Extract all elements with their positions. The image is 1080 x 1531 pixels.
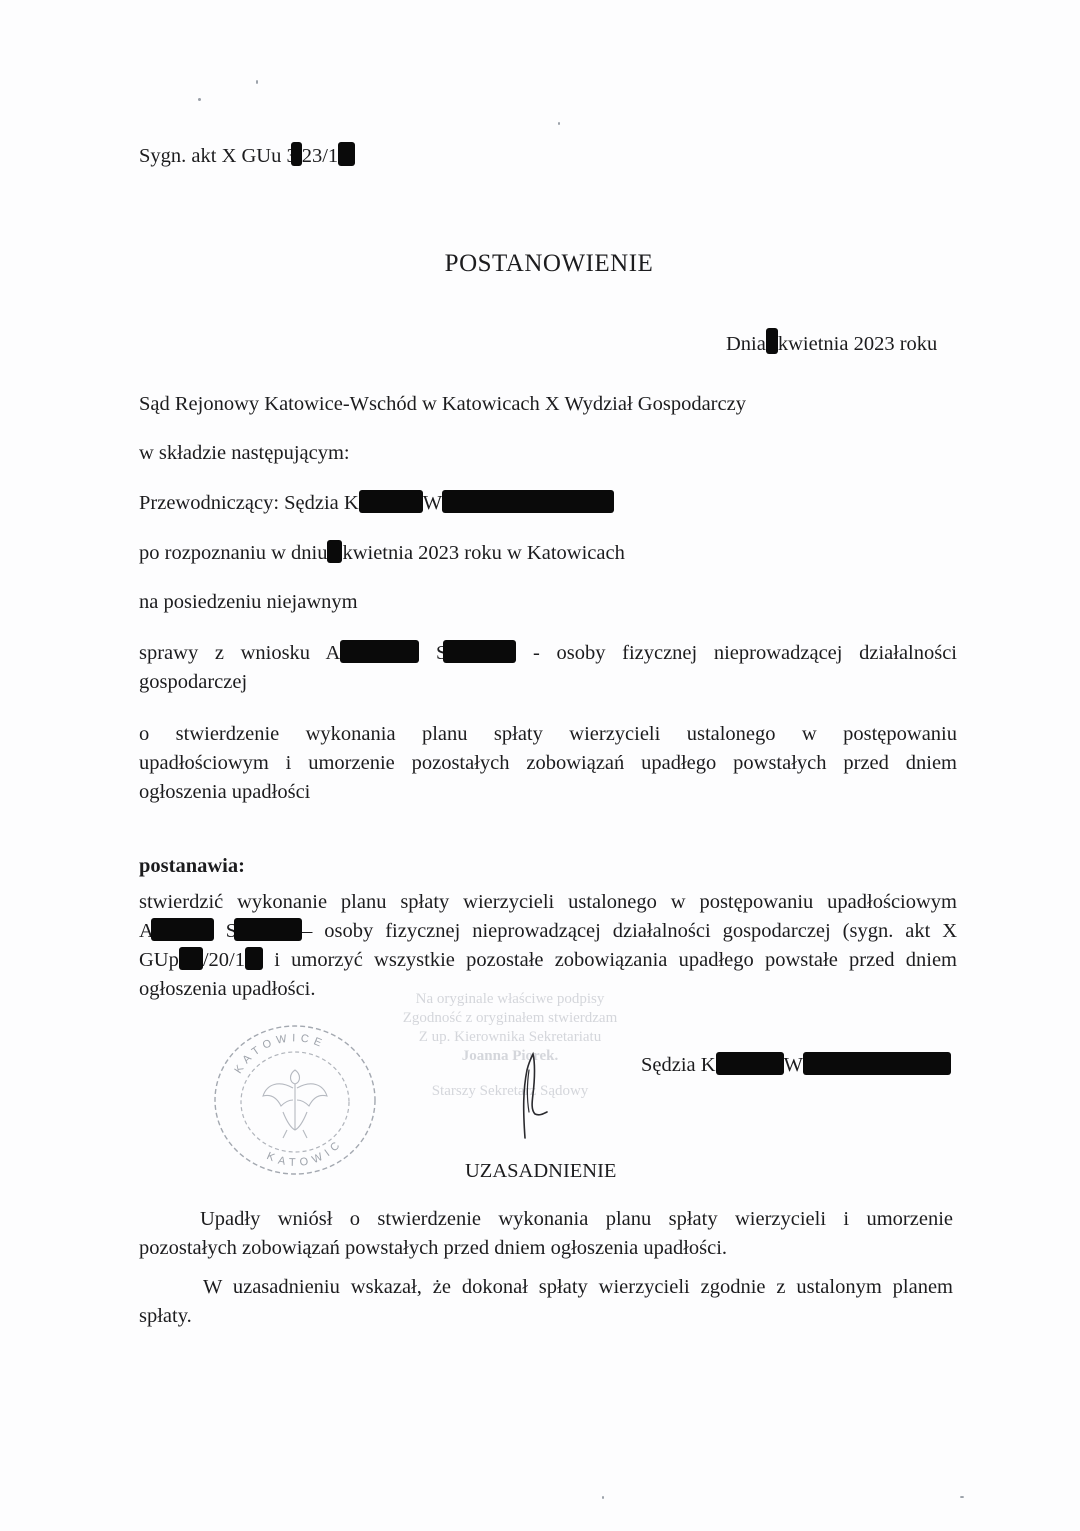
decision-text: stwierdzić wykonanie planu spłaty wierzy… — [139, 888, 957, 1004]
session-type: na posiedzeniu niejawnym — [139, 588, 358, 617]
hearing-line: po rozpoznaniu w dniukwietnia 2023 roku … — [139, 539, 625, 568]
composition-label: w składzie następującym: — [139, 439, 350, 468]
redaction-box — [327, 540, 342, 563]
date-line: Dniakwietnia 2023 roku — [726, 328, 937, 359]
redaction-box — [338, 142, 355, 166]
presiding-judge: Przewodniczący: Sędzia KW — [139, 489, 614, 518]
scan-speck — [256, 80, 258, 84]
decision-label: postanawia: — [139, 852, 245, 881]
justification-paragraph: Upadły wniósł o stwierdzenie wykonania p… — [139, 1205, 953, 1263]
redaction-box — [359, 490, 423, 513]
justification-heading: UZASADNIENIE — [465, 1157, 616, 1186]
redaction-box — [245, 947, 263, 970]
court-seal-icon: KATOWICE KATOWICE — [205, 1018, 381, 1178]
justification-paragraph: W uzasadnieniu wskazał, że dokonał spłat… — [139, 1273, 953, 1331]
redaction-box — [716, 1052, 784, 1075]
court-name: Sąd Rejonowy Katowice-Wschód w Katowicac… — [139, 390, 746, 419]
redaction-box — [291, 142, 302, 166]
redaction-box — [803, 1052, 951, 1075]
redaction-box — [234, 918, 302, 941]
redaction-box — [151, 918, 214, 941]
redaction-box — [340, 640, 419, 663]
scan-speck — [602, 1496, 604, 1499]
document-page: Sygn. akt X GUu 323/1 POSTANOWIENIE Dnia… — [0, 0, 1080, 1531]
redaction-box — [443, 640, 516, 663]
judge-signature-line: Sędzia KW — [641, 1051, 951, 1080]
redaction-box — [442, 490, 614, 513]
document-title: POSTANOWIENIE — [0, 250, 1080, 278]
case-request: sprawy z wniosku A S - osoby fizycznej n… — [139, 639, 957, 697]
signature-icon — [505, 1050, 555, 1140]
scan-speck — [960, 1496, 964, 1498]
scan-speck — [558, 122, 560, 125]
svg-text:KATOWICE: KATOWICE — [232, 1032, 328, 1076]
redaction-box — [179, 947, 203, 970]
scan-speck — [198, 98, 201, 101]
case-subject: o stwierdzenie wykonania planu spłaty wi… — [139, 720, 957, 807]
redaction-box — [766, 328, 778, 354]
case-reference: Sygn. akt X GUu 323/1 — [139, 142, 355, 171]
